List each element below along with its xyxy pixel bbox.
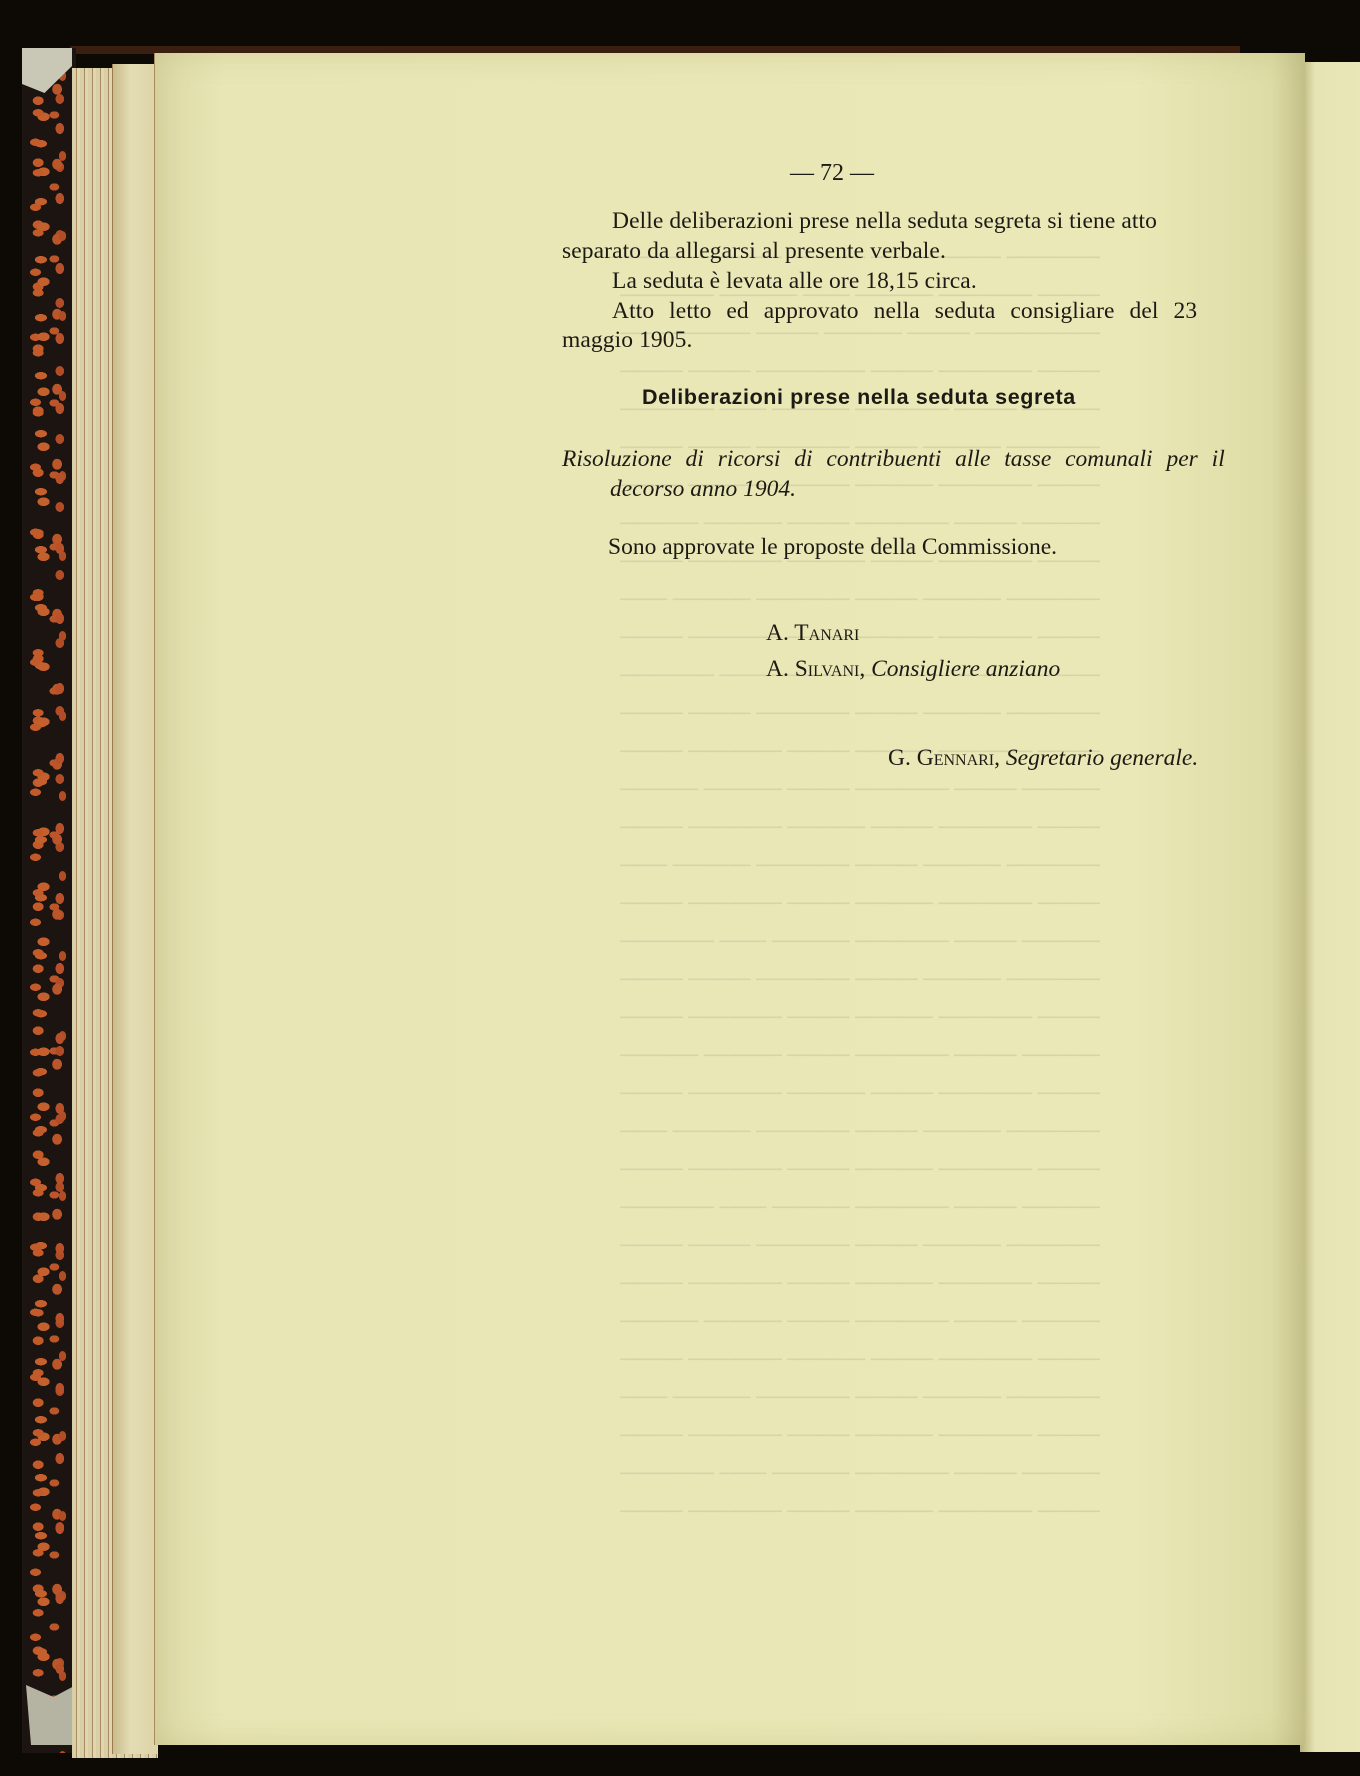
page-number: — 72 — — [790, 160, 874, 187]
marbled-cover — [22, 48, 76, 1753]
section-heading: Deliberazioni prese nella seduta segreta — [642, 385, 1076, 410]
page-stack-inner — [112, 64, 157, 1754]
resolution-text: Sono approvate le proposte della Commiss… — [608, 534, 1057, 561]
signature-gennari: G. Gennari, Segretario generale. — [888, 745, 1198, 772]
signature-name: A. Tanari — [766, 620, 859, 646]
subsection-title-line-1: Risoluzione di ricorsi di contribuenti a… — [562, 446, 1225, 473]
paragraph-1-line-1: Delle deliberazioni prese nella seduta s… — [612, 208, 1157, 235]
paragraph-3-line-1: Atto letto ed approvato nella seduta con… — [612, 298, 1197, 325]
subsection-title-line-2: decorso anno 1904. — [610, 476, 796, 503]
paragraph-1-line-2: separato da allegarsi al presente verbal… — [562, 238, 946, 265]
signature-title: Segretario generale. — [1006, 745, 1198, 771]
paragraph-2: La seduta è levata alle ore 18,15 circa. — [612, 268, 977, 295]
signature-name: A. Silvani, — [766, 656, 865, 682]
signature-title: Consigliere anziano — [871, 656, 1060, 682]
signature-silvani: A. Silvani, Consigliere anziano — [766, 656, 1060, 683]
paragraph-3-line-2: maggio 1905. — [562, 327, 692, 354]
signature-tanari: A. Tanari — [766, 620, 859, 647]
signature-name: G. Gennari, — [888, 745, 1000, 771]
facing-page-edge — [1300, 62, 1360, 1752]
